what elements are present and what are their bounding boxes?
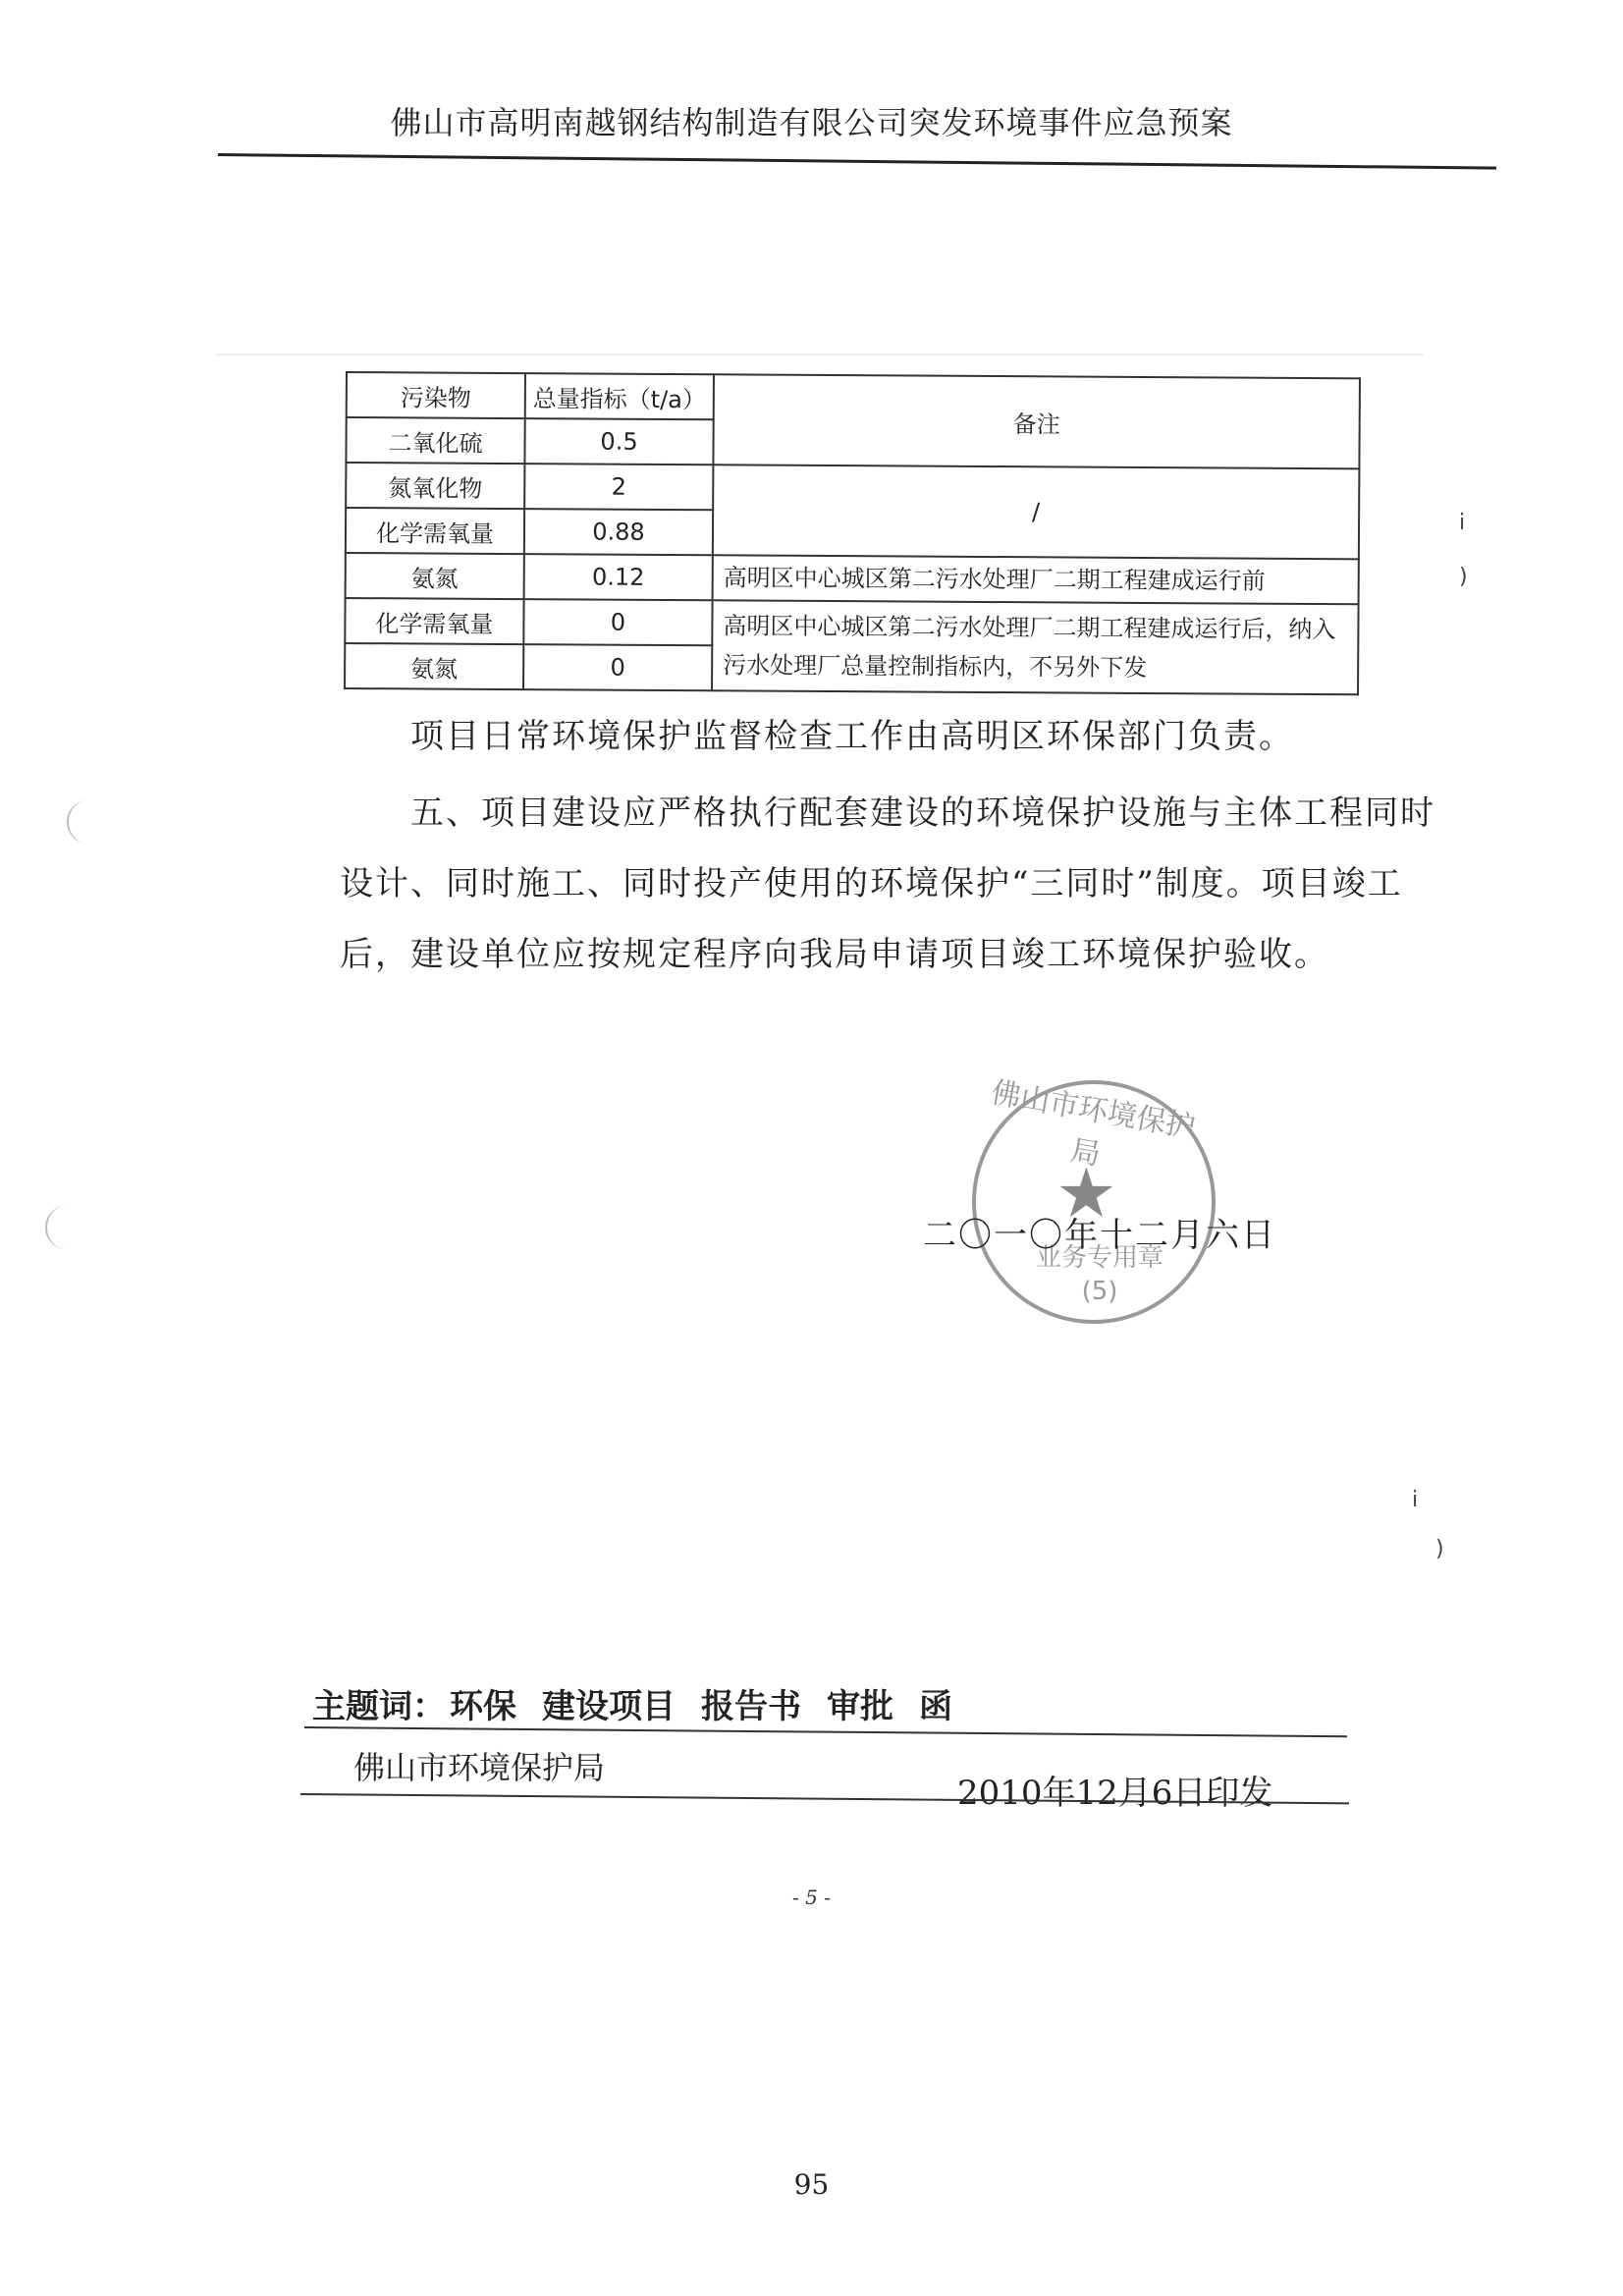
quota-cell: 0.5	[524, 418, 713, 465]
table-row: 氨氮 0.12 高明区中心城区第二污水处理厂二期工程建成运行前	[346, 553, 1359, 604]
scan-artifact: )	[1459, 565, 1468, 589]
paragraph-five-line1: 五、项目建设应严格执行配套建设的环境保护设施与主体工程同时	[410, 786, 1435, 834]
note-cell: /	[713, 465, 1360, 559]
signature-date: 二〇一〇年十二月六日	[923, 1208, 1276, 1256]
note-cell: 高明区中心城区第二污水处理厂二期工程建成运行前	[713, 555, 1359, 604]
seal-number: (5)	[1065, 1277, 1134, 1306]
pollutant-quota-table: 污染物 总量指标（t/a） 备注 二氧化硫 0.5 氮氧化物 2 / 化学需氧量…	[344, 371, 1361, 695]
subject-keywords: 主题词：环保建设项目报告书审批函	[312, 1679, 978, 1727]
table-row: 氮氧化物 2 /	[346, 463, 1359, 514]
table-row: 化学需氧量 0 高明区中心城区第二污水处理厂二期工程建成运行后，纳入 污水处理厂…	[345, 598, 1358, 649]
pollutant-cell: 二氧化硫	[346, 417, 524, 464]
keyword: 建设项目	[542, 1687, 676, 1726]
scan-artifact: )	[1435, 1537, 1444, 1561]
outer-page-number: 95	[0, 2168, 1623, 2201]
quota-cell: 2	[524, 464, 713, 510]
note-line: 污水处理厂总量控制指标内，不另外下发	[723, 645, 1351, 688]
table-header-row: 污染物 总量指标（t/a） 备注	[347, 372, 1360, 423]
pollutant-cell: 氨氮	[346, 553, 524, 599]
keyword: 报告书	[701, 1687, 801, 1726]
pollutant-cell: 氨氮	[345, 643, 523, 689]
keyword: 审批	[827, 1687, 893, 1726]
inner-page-number: - 5 -	[0, 1886, 1623, 1909]
issuer: 佛山市环境保护局	[353, 1743, 605, 1788]
pollutant-cell: 化学需氧量	[345, 598, 523, 644]
keyword: 函	[919, 1687, 952, 1726]
punch-hole-mark	[67, 800, 108, 844]
column-header-pollutant: 污染物	[347, 372, 525, 418]
note-line: 高明区中心城区第二污水处理厂二期工程建成运行后，纳入	[723, 606, 1351, 649]
footer-rule-top	[304, 1726, 1347, 1737]
paragraph-supervision: 项目日常环境保护监督检查工作由高明区环保部门负责。	[410, 709, 1294, 757]
quota-cell: 0.12	[524, 554, 713, 600]
header-rule	[218, 153, 1496, 170]
note-cell: 高明区中心城区第二污水处理厂二期工程建成运行后，纳入 污水处理厂总量控制指标内，…	[712, 600, 1359, 694]
keywords-label: 主题词：	[312, 1687, 446, 1726]
quota-cell: 0	[523, 644, 712, 690]
paragraph-five-line2: 设计、同时施工、同时投产使用的环境保护“三同时”制度。项目竣工	[340, 856, 1403, 904]
punch-hole-mark	[45, 1206, 86, 1249]
quota-cell: 0.88	[524, 509, 713, 555]
scan-artifact: ⅰ	[1412, 1488, 1418, 1512]
keyword: 环保	[450, 1687, 516, 1726]
scan-edge-divider	[216, 354, 1424, 355]
column-header-note: 备注	[713, 374, 1360, 468]
running-header: 佛山市高明南越钢结构制造有限公司突发环境事件应急预案	[0, 98, 1623, 143]
column-header-quota: 总量指标（t/a）	[525, 373, 714, 419]
scan-artifact: ⅰ	[1459, 511, 1465, 535]
issue-date: 2010年12月6日印发	[957, 1766, 1272, 1814]
pollutant-cell: 氮氧化物	[346, 463, 524, 509]
pollutant-cell: 化学需氧量	[346, 508, 524, 554]
paragraph-five-line3: 后，建设单位应按规定程序向我局申请项目竣工环境保护验收。	[340, 927, 1329, 975]
quota-cell: 0	[523, 599, 712, 645]
